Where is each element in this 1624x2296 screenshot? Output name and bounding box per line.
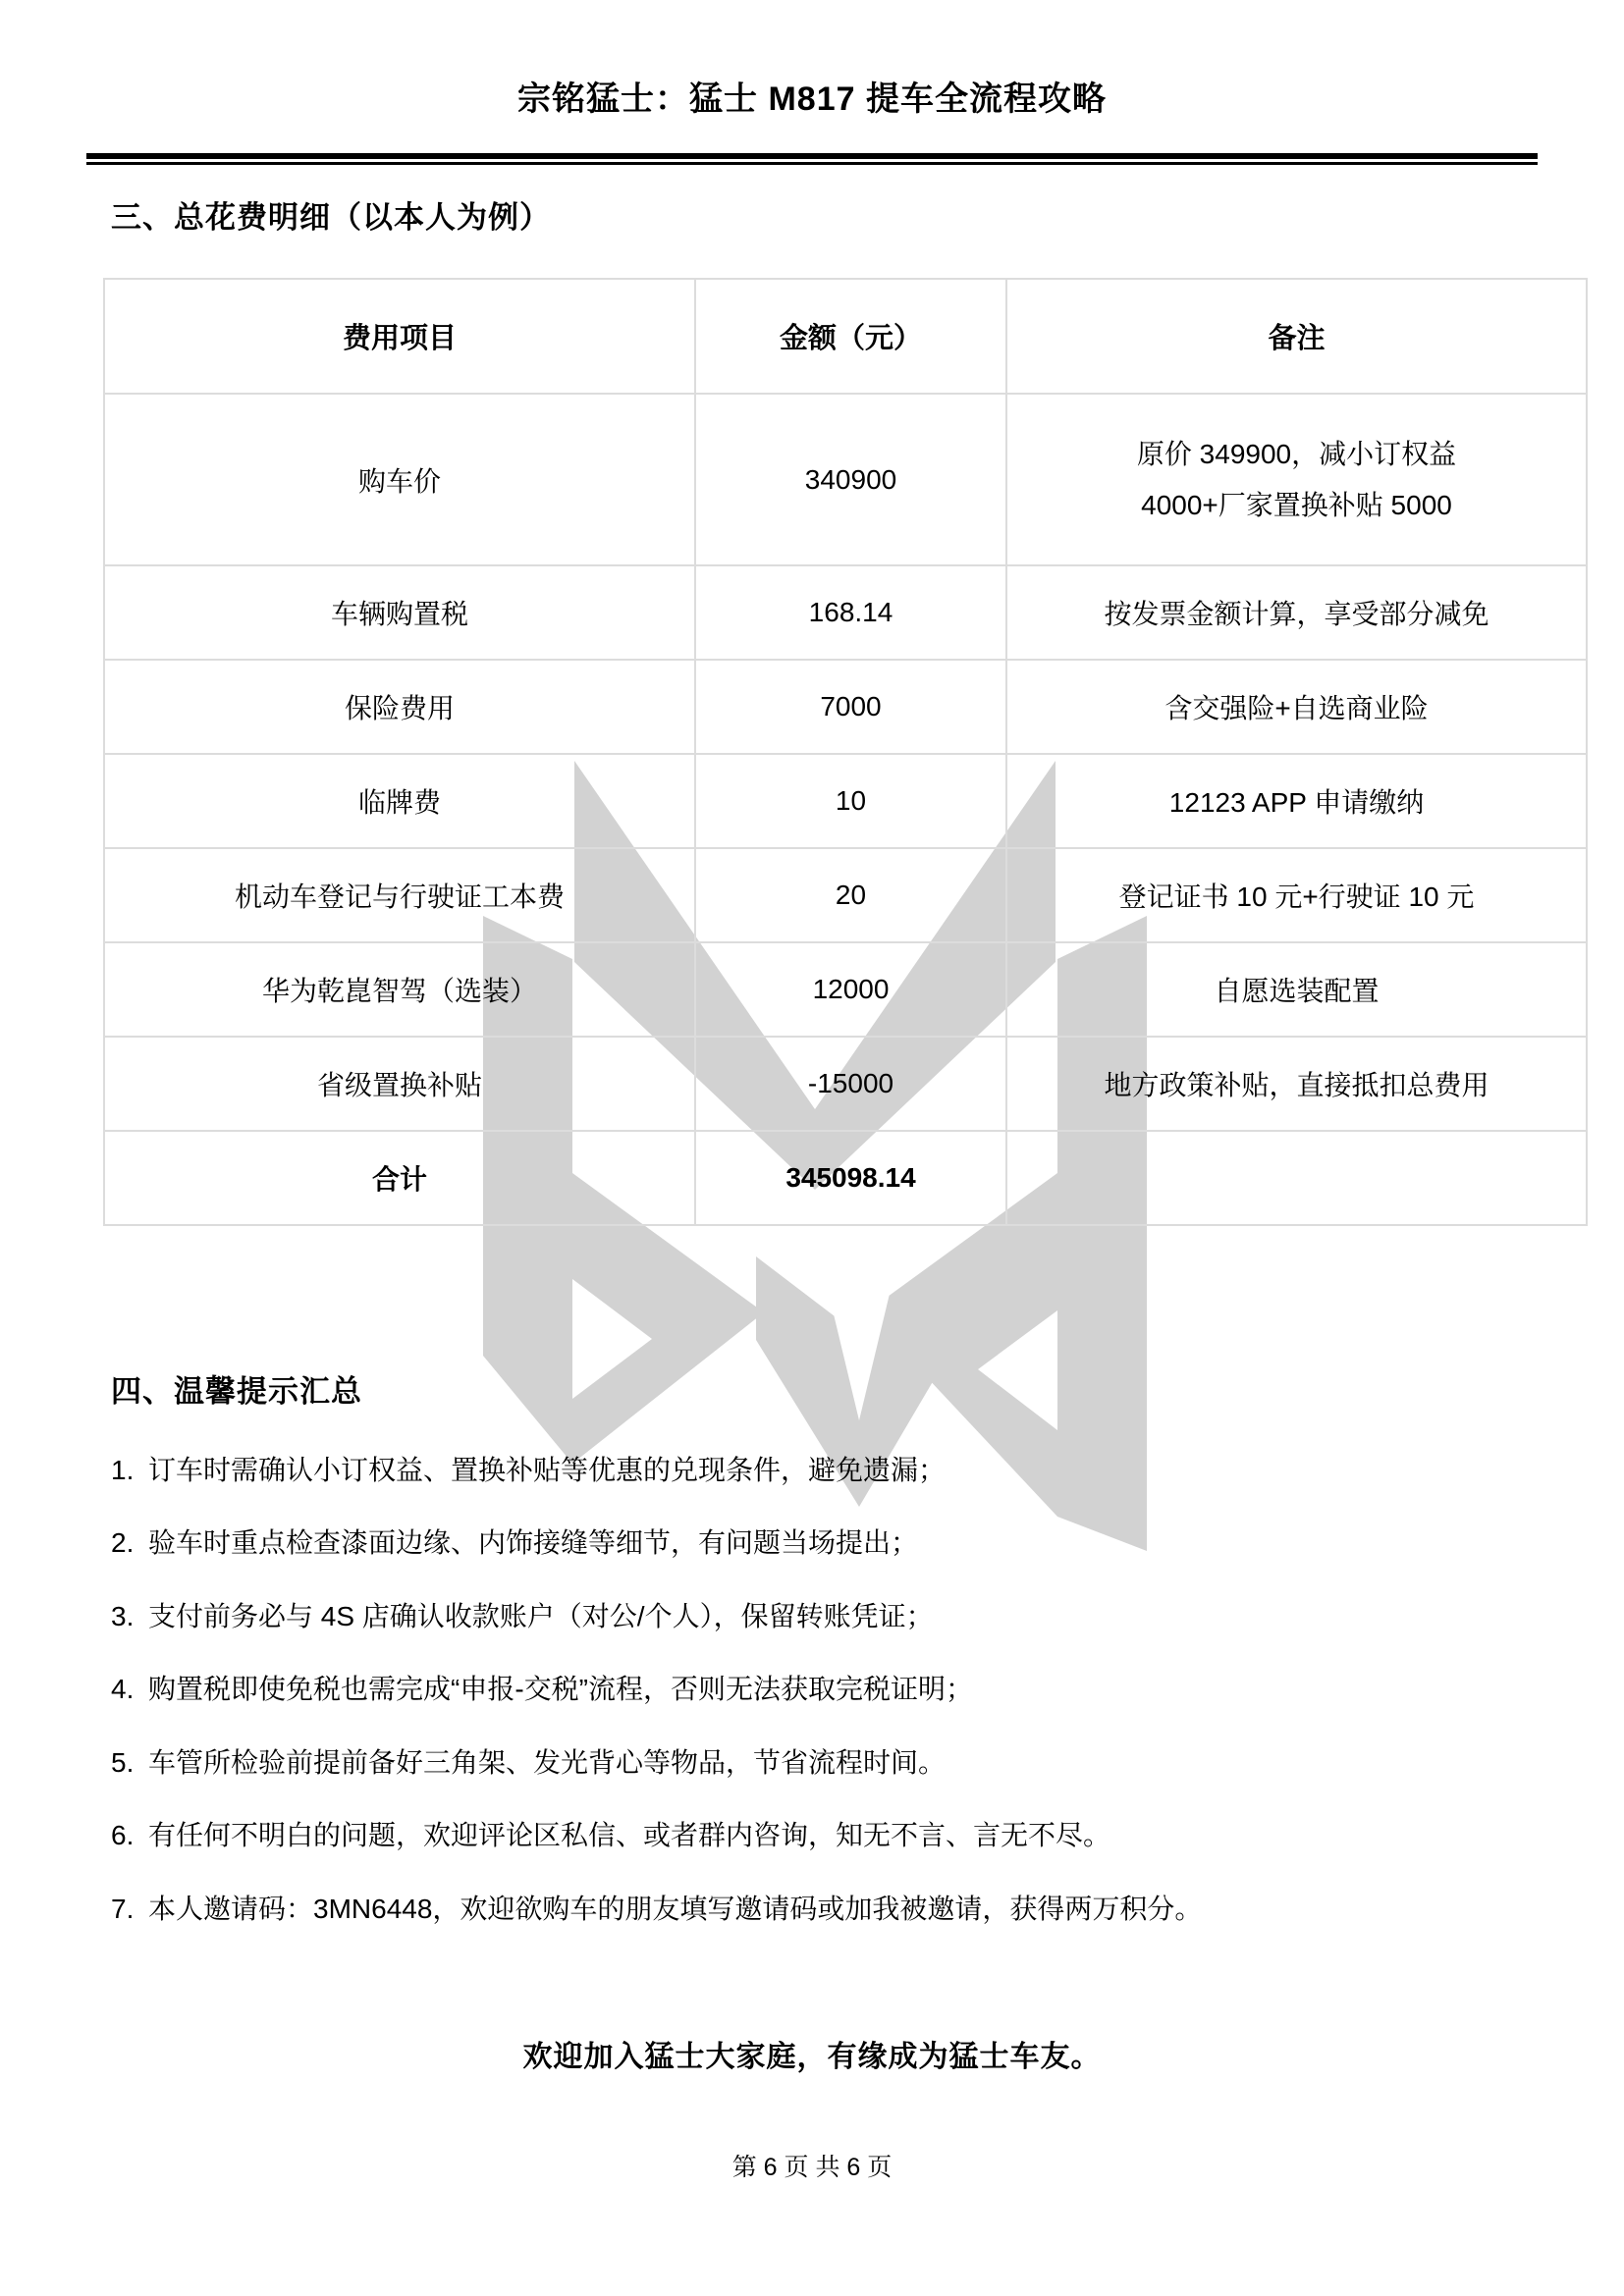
- cell-item: 保险费用: [104, 660, 695, 754]
- cell-amount: 7000: [695, 660, 1006, 754]
- header-note: 备注: [1006, 279, 1587, 394]
- tip-text: 验车时重点检查漆面边缘、内饰接缝等细节，有问题当场提出；: [148, 1527, 918, 1558]
- tip-text: 订车时需确认小订权益、置换补贴等优惠的兑现条件，避免遗漏；: [148, 1455, 946, 1485]
- cell-note: 地方政策补贴，直接抵扣总费用: [1006, 1037, 1587, 1131]
- cell-note: 登记证书 10 元+行驶证 10 元: [1006, 848, 1587, 942]
- cell-note: 自愿选装配置: [1006, 942, 1587, 1037]
- cell-amount: 10: [695, 754, 1006, 848]
- tip-number: 7.: [111, 1890, 148, 1929]
- tip-text: 车管所检验前提前备好三角架、发光背心等物品，节省流程时间。: [148, 1747, 946, 1778]
- tip-text: 本人邀请码：3MN6448，欢迎欲购车的朋友填写邀请码或加我被邀请，获得两万积分…: [148, 1894, 1202, 1924]
- cell-item: 购车价: [104, 394, 695, 565]
- cell-total-label: 合计: [104, 1131, 695, 1225]
- tip-item-2: 2.验车时重点检查漆面边缘、内饰接缝等细节，有问题当场提出；: [111, 1523, 1544, 1563]
- tip-item-7: 7.本人邀请码：3MN6448，欢迎欲购车的朋友填写邀请码或加我被邀请，获得两万…: [111, 1890, 1544, 1929]
- section3-heading: 三、总花费明细（以本人为例）: [111, 192, 551, 237]
- cell-total-note: [1006, 1131, 1587, 1225]
- table-row: 临牌费 10 12123 APP 申请缴纳: [104, 754, 1587, 848]
- cell-item: 临牌费: [104, 754, 695, 848]
- header-item: 费用项目: [104, 279, 695, 394]
- tip-item-5: 5.车管所检验前提前备好三角架、发光背心等物品，节省流程时间。: [111, 1743, 1544, 1783]
- tip-number: 1.: [111, 1451, 148, 1490]
- tip-item-1: 1.订车时需确认小订权益、置换补贴等优惠的兑现条件，避免遗漏；: [111, 1451, 1544, 1490]
- cell-total-amount: 345098.14: [695, 1131, 1006, 1225]
- divider-thin-line: [86, 162, 1538, 165]
- cell-note: 按发票金额计算，享受部分减免: [1006, 565, 1587, 660]
- table-row: 保险费用 7000 含交强险+自选商业险: [104, 660, 1587, 754]
- cell-amount: 12000: [695, 942, 1006, 1037]
- section4-heading: 四、温馨提示汇总: [111, 1366, 362, 1411]
- cell-note: 12123 APP 申请缴纳: [1006, 754, 1587, 848]
- tip-text: 购置税即使免税也需完成“申报-交税”流程，否则无法获取完税证明；: [148, 1674, 973, 1704]
- note-line-2: 4000+厂家置换补贴 5000: [1017, 480, 1576, 531]
- tip-item-6: 6.有任何不明白的问题，欢迎评论区私信、或者群内咨询，知无不言、言无不尽。: [111, 1816, 1544, 1855]
- note-line-1: 原价 349900，减小订权益: [1017, 429, 1576, 480]
- table-row: 车辆购置税 168.14 按发票金额计算，享受部分减免: [104, 565, 1587, 660]
- divider-thick-line: [86, 153, 1538, 159]
- cell-amount: 168.14: [695, 565, 1006, 660]
- cell-item: 机动车登记与行驶证工本费: [104, 848, 695, 942]
- table-row: 省级置换补贴 -15000 地方政策补贴，直接抵扣总费用: [104, 1037, 1587, 1131]
- header-amount: 金额（元）: [695, 279, 1006, 394]
- tip-text: 有任何不明白的问题，欢迎评论区私信、或者群内咨询，知无不言、言无不尽。: [148, 1820, 1110, 1850]
- cell-item: 车辆购置税: [104, 565, 695, 660]
- page-indicator: 第 6 页 共 6 页: [0, 2148, 1624, 2183]
- cell-note: 含交强险+自选商业险: [1006, 660, 1587, 754]
- table-total-row: 合计 345098.14: [104, 1131, 1587, 1225]
- tip-text: 支付前务必与 4S 店确认收款账户（对公/个人），保留转账凭证；: [148, 1601, 934, 1631]
- tip-number: 2.: [111, 1523, 148, 1563]
- table-row: 华为乾崑智驾（选装） 12000 自愿选装配置: [104, 942, 1587, 1037]
- document-page: 宗铭猛士：猛士 M817 提车全流程攻略 三、总花费明细（以本人为例） 费用项目…: [0, 0, 1624, 2296]
- cell-amount: -15000: [695, 1037, 1006, 1131]
- cell-amount: 20: [695, 848, 1006, 942]
- cell-item: 省级置换补贴: [104, 1037, 695, 1131]
- tip-number: 4.: [111, 1670, 148, 1709]
- table-row: 机动车登记与行驶证工本费 20 登记证书 10 元+行驶证 10 元: [104, 848, 1587, 942]
- tip-item-3: 3.支付前务必与 4S 店确认收款账户（对公/个人），保留转账凭证；: [111, 1597, 1544, 1636]
- tip-item-4: 4.购置税即使免税也需完成“申报-交税”流程，否则无法获取完税证明；: [111, 1670, 1544, 1709]
- table-header-row: 费用项目 金额（元） 备注: [104, 279, 1587, 394]
- tip-number: 5.: [111, 1743, 148, 1783]
- cell-amount: 340900: [695, 394, 1006, 565]
- title-divider: [86, 153, 1538, 165]
- fees-table: 费用项目 金额（元） 备注 购车价 340900 原价 349900，减小订权益…: [103, 278, 1588, 1226]
- table-row: 购车价 340900 原价 349900，减小订权益 4000+厂家置换补贴 5…: [104, 394, 1587, 565]
- cell-item: 华为乾崑智驾（选装）: [104, 942, 695, 1037]
- welcome-line: 欢迎加入猛士大家庭，有缘成为猛士车友。: [0, 2032, 1624, 2075]
- cell-note: 原价 349900，减小订权益 4000+厂家置换补贴 5000: [1006, 394, 1587, 565]
- tip-number: 3.: [111, 1597, 148, 1636]
- tip-number: 6.: [111, 1816, 148, 1855]
- page-title: 宗铭猛士：猛士 M817 提车全流程攻略: [0, 72, 1624, 120]
